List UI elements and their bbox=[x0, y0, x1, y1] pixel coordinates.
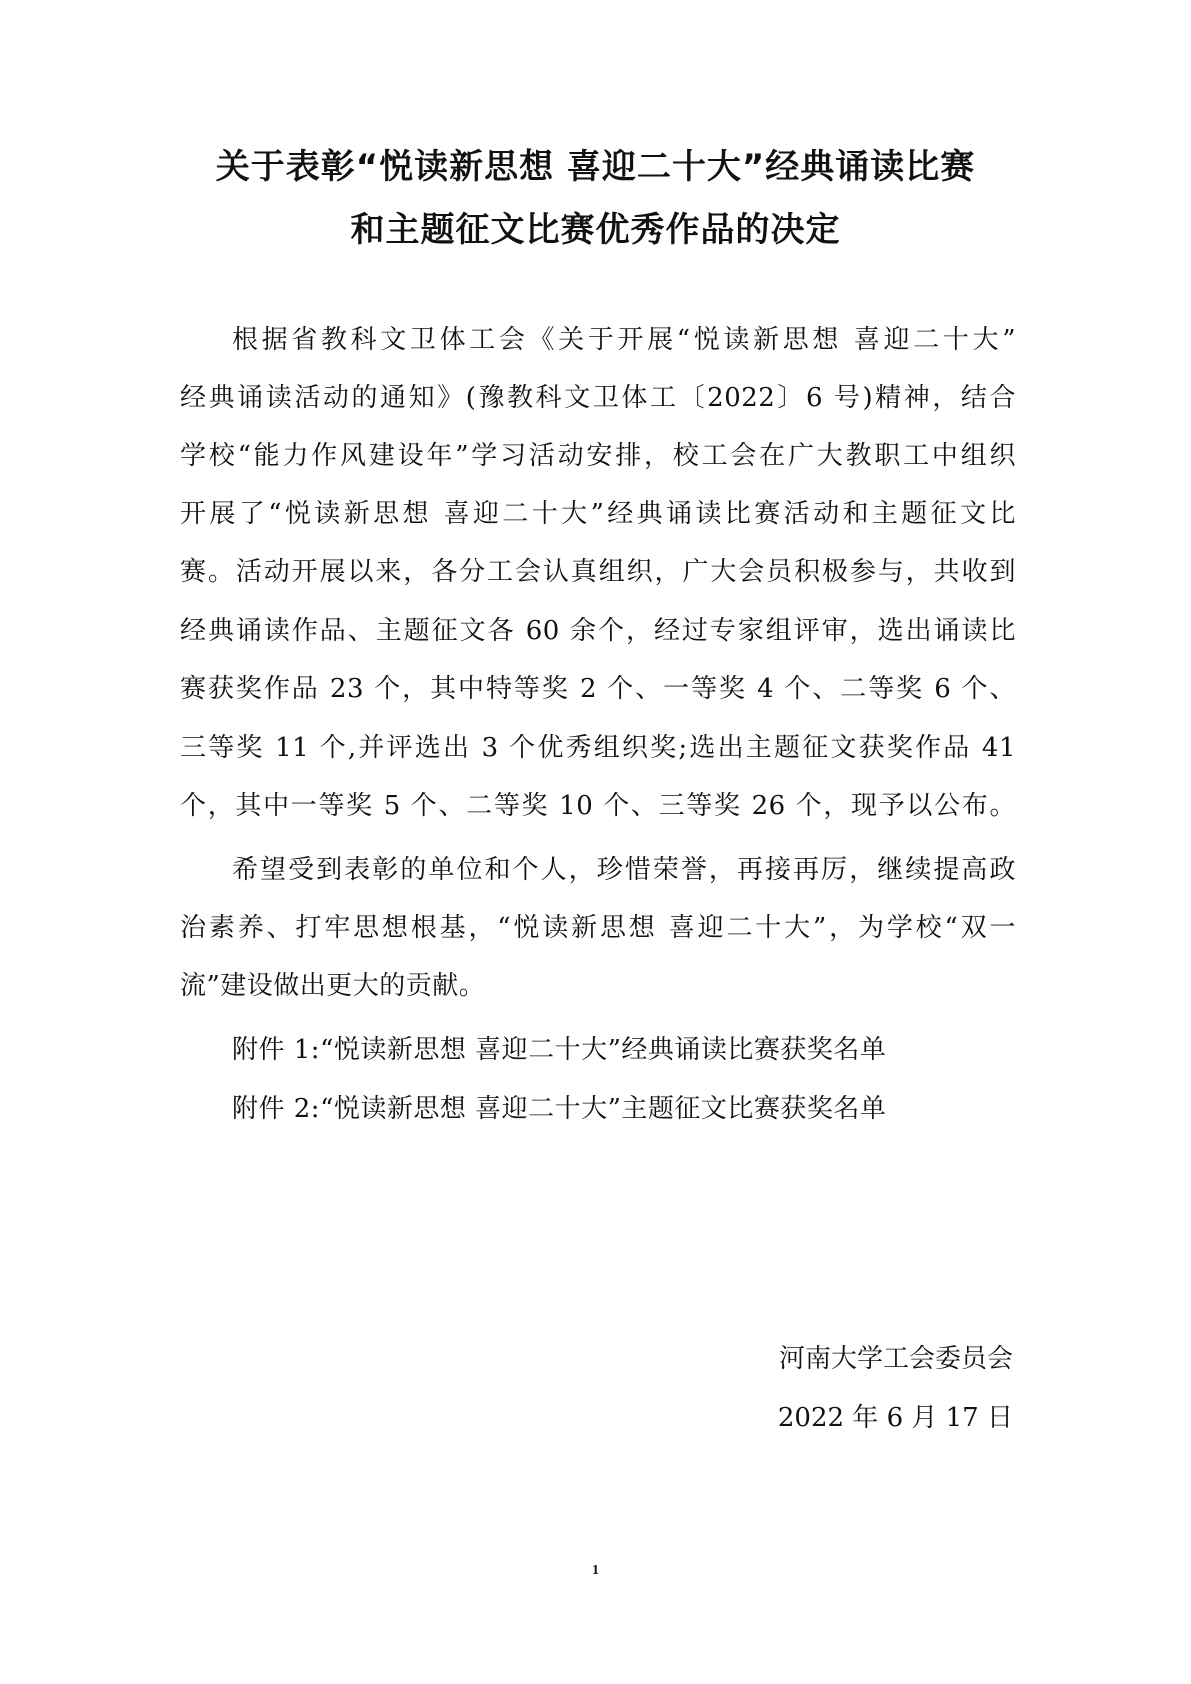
paragraph-line: 赛获奖作品 23 个，其中特等奖 2 个、一等奖 4 个、二等奖 6 个、 bbox=[180, 676, 1016, 702]
page-number: 1 bbox=[0, 1563, 1191, 1579]
paragraph-line: 经典诵读活动的通知》(豫教科文卫体工〔2022〕6 号)精神，结合 bbox=[180, 385, 1016, 411]
document-title-line-2: 和主题征文比赛优秀作品的决定 bbox=[0, 213, 1191, 247]
paragraph-line: 治素养、打牢思想根基，“悦读新思想 喜迎二十大”，为学校“双一 bbox=[180, 915, 1016, 941]
attachment-item-1: 附件 1:“悦读新思想 喜迎二十大”经典诵读比赛获奖名单 bbox=[232, 1037, 962, 1063]
paragraph-line: 开展了“悦读新思想 喜迎二十大”经典诵读比赛活动和主题征文比 bbox=[180, 501, 1016, 527]
paragraph-line: 根据省教科文卫体工会《关于开展“悦读新思想 喜迎二十大” bbox=[232, 327, 1016, 353]
document-page: 关于表彰“悦读新思想 喜迎二十大”经典诵读比赛 和主题征文比赛优秀作品的决定 根… bbox=[0, 0, 1191, 1684]
attachment-item-2: 附件 2:“悦读新思想 喜迎二十大”主题征文比赛获奖名单 bbox=[232, 1096, 962, 1122]
paragraph-line: 三等奖 11 个,并评选出 3 个优秀组织奖;选出主题征文获奖作品 41 bbox=[180, 735, 1016, 761]
signature-date: 2022 年 6 月 17 日 bbox=[778, 1405, 1013, 1431]
paragraph-line: 个，其中一等奖 5 个、二等奖 10 个、三等奖 26 个，现予以公布。 bbox=[180, 793, 1016, 819]
paragraph-line: 经典诵读作品、主题征文各 60 余个，经过专家组评审，选出诵读比 bbox=[180, 618, 1016, 644]
paragraph-line: 学校“能力作风建设年”学习活动安排，校工会在广大教职工中组织 bbox=[180, 443, 1016, 469]
document-title-line-1: 关于表彰“悦读新思想 喜迎二十大”经典诵读比赛 bbox=[0, 150, 1191, 184]
paragraph-line: 希望受到表彰的单位和个人，珍惜荣誉，再接再厉，继续提高政 bbox=[232, 857, 1016, 883]
paragraph-line: 流”建设做出更大的贡献。 bbox=[180, 973, 1016, 999]
paragraph-line: 赛。活动开展以来，各分工会认真组织，广大会员积极参与，共收到 bbox=[180, 559, 1016, 585]
signature-organization: 河南大学工会委员会 bbox=[779, 1346, 1013, 1372]
